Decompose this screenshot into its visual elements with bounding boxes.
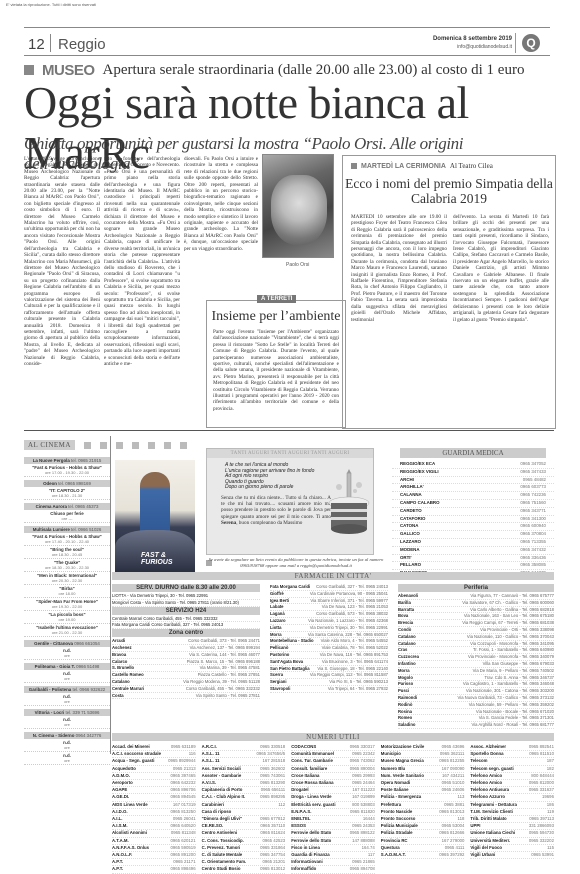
film-times: ore: [24, 676, 110, 683]
pharmacy-address: Viale Calabria, 78 - Tel. 0965 52022: [322, 645, 388, 651]
service-name: A.D.M.O.: [112, 773, 130, 779]
numero-row: Telefono Azzurro19696: [470, 794, 554, 801]
service-phone: 0965 347754: [260, 852, 285, 858]
service-phone: 113: [458, 794, 465, 800]
pharmacy-name: Mogolo: [398, 675, 413, 681]
pharmacy-address: Via Provinciale - Mosorrofa - Tel. 0965 …: [468, 654, 554, 660]
service-phone: 0965 43696: [442, 744, 465, 750]
numero-row: A.I.D.O.0965 813250: [112, 809, 196, 816]
service-name: Acqua - Segn. guasti: [112, 758, 155, 764]
service-phone: 0965 811510: [529, 751, 554, 757]
numero-row: Pronto Nascide0965 813013: [381, 809, 465, 816]
location-name: ORTI': [400, 555, 412, 562]
theater-phone: 0966 661054: [74, 641, 100, 646]
service-phone: 0965 397113: [529, 816, 554, 822]
service-phone: 800 538803: [352, 802, 375, 808]
service-name: Informaffido: [291, 866, 316, 872]
service-name: A.I.D.O.: [112, 809, 128, 815]
pharmacy-name: Aschenez: [112, 645, 132, 651]
location-name: ARCHI: [400, 477, 414, 484]
guardia-row: CATONA0965 600940: [392, 523, 554, 531]
service-name: A.S.L. 11: [202, 758, 220, 764]
service-name: Croce Rossa Italiana: [291, 780, 333, 786]
service-phone: 0965 53004: [442, 823, 465, 829]
location-name: CAMPO CALABRO: [400, 500, 440, 507]
service-phone: 0965 42523: [262, 838, 285, 844]
numero-row: Comunità Emmanuel0965 22342: [291, 751, 375, 758]
pharmacy-name: Cuzzocrea: [398, 654, 419, 660]
service-phone: 0965 813013: [439, 809, 464, 815]
service-phone: 0965 362602: [260, 766, 285, 772]
guardia-row: PELLARO0965 358085: [392, 562, 554, 570]
service-name: Numero Blu: [381, 766, 405, 772]
phone-number: 0965 48482: [523, 477, 546, 484]
pharmacy-row: Centrale MarrariCorso Garibaldi, 455 - T…: [112, 686, 260, 693]
kicker-tag: MUSEO: [42, 62, 95, 79]
numero-row: A.GE.DI.0965 894545: [112, 794, 196, 801]
pharmacy-name: Catalano: [398, 641, 416, 647]
phone-number: 0965 358085: [520, 562, 546, 569]
numero-row: AGAPE0965 896706: [112, 787, 196, 794]
theater-header: Politeama - Gioia T. 0966 51498: [24, 663, 110, 670]
theater-header: Multisala Lumiere tel. 0966 51026: [24, 526, 110, 533]
pharmacy-address: Via Arghillà Nord - Rosalì - Tel. 0965 6…: [472, 722, 554, 728]
service-phone: 0965 813250: [171, 809, 196, 815]
pharmacy-address: Via Tripepi, 64 - Tel. 0965 27932: [328, 686, 388, 692]
pharmacy-row: Fata Morgana CaridiCorso Garibaldi, 327 …: [270, 584, 388, 591]
film-strip-icon: [148, 442, 155, 449]
service-phone: 0965 347656/5: [257, 751, 286, 757]
theater-name: Vittoria - Locri: [35, 710, 66, 715]
periferia-title: Periferia: [398, 584, 554, 592]
location-name: REGGIO/EX ECA: [400, 461, 435, 468]
terreti-body: Parte oggi l'evento "Insieme per l'Ambie…: [213, 329, 339, 412]
service-phone: 0965 331864: [260, 845, 285, 851]
pharmacy-address: Via De Maria, 9 - Pellaro - Tel. 0965 74…: [473, 668, 554, 674]
service-name: Ferrovie dello Stato: [291, 830, 331, 836]
pharmacy-address: Via Nazionale, 163 - San Leo - Tel. 0965…: [464, 613, 554, 619]
service-name: C.A.I. - Club Alpino It.: [202, 794, 246, 800]
guardia-medica: GUARDIA MEDICA REGGIO/EX ECA0965 347052R…: [392, 448, 554, 578]
pharmacy-name: Morra: [270, 632, 282, 638]
pharmacy-address: Piazza S. Marco, 15 - Tel. 0965 896188: [187, 659, 260, 665]
numero-row: CODACONS0965 330317: [291, 744, 375, 751]
numero-row: Cons. Tur. Gambarie0965 743062: [291, 758, 375, 765]
service-name: Opera Nomadi: [381, 780, 410, 786]
recipient-name: Serena: [221, 520, 236, 526]
service-name: Telegrammi - Dettatura: [470, 802, 516, 808]
pharmacy-row: PellicanòViale Calabria, 78 - Tel. 0965 …: [270, 645, 388, 652]
theater-phone: tel. 0965 45373: [68, 504, 98, 509]
service-phone: 0965 21865: [352, 859, 375, 865]
service-name: ENELTEL: [291, 816, 310, 822]
kicker-square-icon: [24, 65, 34, 75]
pharmacy-row: BarrattaVia Carlo Alberto - Gallina - Te…: [398, 607, 554, 614]
numero-row: C. Prevenz. Tumori0965 331864: [202, 845, 286, 852]
service-phone: 16444: [363, 816, 375, 822]
pharmacy-row: ArcudiCorso Garibaldi, 373 - Tel. 0965 2…: [112, 638, 260, 645]
numero-row: Fisco in Linea164.74: [291, 845, 375, 852]
numero-row: ESSOS0965 24353: [291, 823, 375, 830]
service-phone: 182: [547, 766, 554, 772]
pharmacy-name: Rodinò: [398, 702, 412, 708]
service-name: Elettricità serv. guasti: [291, 802, 335, 808]
pharmacy-row: Castello RomeoPiazza Castello - Tel. 096…: [112, 672, 260, 679]
pharmacy-address: Corso Garibaldi, 327 - Tel. 0965 24013: [316, 584, 388, 590]
pharmacy-row: GioffrèVia Cardinale Portanova, 90 - 096…: [270, 591, 388, 598]
phone-number: 0965 336436: [520, 555, 546, 562]
film-times: ore 21.00 - 22.30: [24, 630, 110, 637]
service-phone: 0965 677812: [260, 816, 285, 822]
auguri-message: Senza che tu mi dica niente... Tutto si …: [221, 495, 331, 526]
premio-column-1: MARTEDÌ 10 settembre alle ore 19.00 il p…: [351, 214, 447, 424]
movie-poster: FAST & FURIOUS: [115, 460, 195, 572]
pharmacy-address: Viale Aldo Moro, 4 - Tel. 0965 54552: [321, 638, 388, 644]
theater-name: Cinema Aurora: [36, 504, 69, 509]
numero-row: Carabinieri112: [202, 802, 286, 809]
guardia-medica-title: GUARDIA MEDICA: [400, 448, 546, 458]
theater-header: La Nuove Pergola tel. 0965 21915: [24, 457, 110, 464]
location-name: LAZZARO: [400, 539, 421, 546]
service-phone: 167 279000: [442, 838, 465, 844]
service-phone: 164.74: [362, 845, 375, 851]
numero-row: Drogatel167 011223: [291, 787, 375, 794]
service-name: Telefono Amico: [470, 780, 502, 786]
film-strip-icon: [116, 442, 123, 449]
service-phone: 800 848444: [531, 773, 554, 779]
service-phone: 19696: [542, 794, 554, 800]
pharmacy-row: AbenavoliVia Figurra, 77 - Cannavò - Tel…: [398, 593, 554, 600]
service-name: Alcolisti Anonimi: [112, 830, 147, 836]
service-phone: 0965 4111: [445, 845, 465, 851]
theater-name: Odeon: [43, 481, 58, 486]
pharmacy-name: Romeo: [398, 715, 412, 721]
service-phone: 0965 898122: [350, 830, 375, 836]
service-name: Assoc. Alzheimer: [470, 744, 506, 750]
service-name: Acquedotto: [112, 766, 136, 772]
service-phone: 0965 656111: [261, 787, 285, 793]
service-name: Capitaneria di Porto: [202, 787, 243, 793]
film-times: ore 20.30 - 22.30: [24, 578, 110, 585]
film-times: ore: [24, 653, 110, 660]
service-name: Telecom segn. guasti: [470, 766, 513, 772]
pharmacy-name: Raimondi: [398, 695, 417, 701]
page-number: 12: [28, 36, 45, 53]
pharmacy-row: RodinòVia Nazionale, 59 - Pellaro - Tel.…: [398, 702, 554, 709]
guardia-row: CARDETO0965 343771: [392, 508, 554, 516]
phone-number: 0965 343771: [520, 508, 546, 515]
service-phone: 167 090090: [442, 766, 465, 772]
numero-row: Capitaneria di Porto0965 656111: [202, 787, 286, 794]
theater-phone: tel. 339 71 53696: [65, 710, 99, 715]
service-name: Carabinieri: [202, 802, 224, 808]
cinema-listings: La Nuove Pergola tel. 0965 21915"Fast & …: [24, 454, 110, 765]
numero-row: Croce Italiana0965 29993: [291, 773, 375, 780]
service-name: C. Cons. Tossicodip.: [202, 838, 244, 844]
service-name: A.P.T.: [112, 859, 123, 865]
pharmacy-row: San Pietro BattagliaVia S. Giuseppe, 18 …: [270, 666, 388, 673]
numero-row: Pronto Soccorso118: [381, 816, 465, 823]
service-name: C. di Salute Mentale: [202, 852, 243, 858]
numero-row: A.N.O.L.F.0965 891200: [112, 852, 196, 859]
pharmacy-address: Corso Garibaldi, 455 - Tel. 0965 332332: [186, 686, 260, 692]
pharmacy-address: Via Cozzupoli - Mosorrofa - Tel. 0965 34…: [470, 641, 554, 647]
service-name: E.N.P.A.S.: [291, 809, 311, 815]
pharmacy-name: Bova: [398, 613, 408, 619]
pharmacy-name: Condò: [398, 627, 411, 633]
numero-row: Elettricità serv. guasti800 538803: [291, 802, 375, 809]
auguri-poem: A te che sei l'unica al mondo L'unica ra…: [225, 463, 314, 491]
service-phone: 0965 362111: [440, 751, 464, 757]
numeri-column: Accad. dei Minerei0965 631189A.C.I. socc…: [112, 744, 196, 874]
numero-row: E.N.P.A.S.0965 811820: [291, 809, 375, 816]
phone-number: 0965 742236: [520, 492, 546, 499]
service-phone: 0965 8929944: [168, 758, 195, 764]
article-column-1: L'estate 2019 volge alla conclusione con…: [24, 156, 100, 426]
numero-row: A.I.L.0965 26041: [112, 816, 196, 823]
service-name: InformaGiovani: [291, 859, 323, 865]
service-name: C. Orientamento Fam.: [202, 859, 247, 865]
numeri-utili-section: NUMERI UTILI Accad. dei Minerei0965 6311…: [112, 733, 554, 874]
farmacie-title: FARMACIE IN CITTA': [112, 572, 554, 580]
numero-row: Prefettura0965 3881: [381, 802, 465, 809]
service-phone: 0965 397465: [171, 773, 196, 779]
service-phone: 0965 357110: [260, 823, 285, 829]
contact-email[interactable]: info@quotidianodelsud.it: [457, 44, 512, 50]
service-name: Casa di riposo: [202, 809, 232, 815]
service-phone: 116: [189, 751, 196, 757]
service-phone: 0965 26041: [173, 816, 196, 822]
pharmacy-row: BravoaVia S. Caterina, 144 - Tel. 0965 4…: [112, 652, 260, 659]
numero-row: Centro Studi Bosio0965 813012: [202, 866, 286, 873]
numero-row: Municipio0965 362111: [381, 751, 465, 758]
service-phone: 167 011223: [352, 787, 374, 793]
copyright-notice: E' vietata la riproduzione. Tutti i diri…: [6, 2, 96, 7]
pharmacy-address: Via Sbarre Inferiori, 371 - Tel. 0965 59…: [310, 598, 388, 604]
numero-row: A.S.L. 110965 347656/5: [202, 751, 286, 758]
service-phone: 0965 332202: [529, 838, 554, 844]
numero-row: Polizia Stradale0965 812666: [381, 830, 465, 837]
service-phone: 0965 812255: [439, 758, 464, 764]
pharmacy-row: RosinaVia Nazionale - Bocale - Tel. 0965…: [398, 709, 554, 716]
service-name: C. Prevenz. Tumori: [202, 845, 241, 851]
service-phone: 0965 811624: [260, 830, 285, 836]
phone-number: 0965 713355: [520, 539, 546, 546]
zona-centro-title: Zona centro: [112, 629, 260, 637]
pharmacy-row: CatalanoVia Reggio Modena, 39 - Tel. 096…: [112, 679, 260, 686]
pharmacy-row: MorraVia De Maria, 9 - Pellaro - Tel. 09…: [398, 668, 554, 675]
numero-row: A.D.M.O.0965 397465: [112, 773, 196, 780]
guardia-row: GALLICO0965 370804: [392, 531, 554, 539]
column-divider: [110, 436, 111, 754]
pharmacy-row: BarillaVia Salvatore, 67 Ch. - Gallico -…: [398, 600, 554, 607]
numeri-utili-columns: Accad. dei Minerei0965 631189A.C.I. socc…: [112, 744, 554, 874]
premio-headline: Ecco i nomi del premio Simpatia della Ca…: [343, 176, 555, 206]
film-times: ore: [24, 722, 110, 729]
pharmacy-address: Via Nazionale, 1 Lazzaro - Tel. 0965 423…: [308, 618, 388, 624]
service-name: CODACONS: [291, 744, 316, 750]
pharmacy-address: Piazza Castello - Tel. 0965 27851: [198, 672, 260, 678]
birthday-cake-icon: [327, 469, 371, 539]
numero-row: Ferrovie dello Stato0965 898122: [291, 830, 375, 837]
numero-row: Acquedotto0965 21313: [112, 766, 196, 773]
service-phone: 0965 813290: [260, 780, 285, 786]
numero-row: Telefono Amico0965 812000: [470, 780, 554, 787]
numero-row: Aeroporto0965 642232: [112, 780, 196, 787]
pharmacy-address: Trav. Cdo S. Anna - Tel. 0965 346737: [484, 675, 554, 681]
service-name: A.GE.DI.: [112, 794, 129, 800]
service-name: Centro Studi Bosio: [202, 866, 241, 872]
page-separator: [50, 34, 51, 52]
guardia-row: LAZZARO0965 713355: [392, 539, 554, 547]
service-phone: 0965 896706: [171, 787, 196, 793]
pharmacy-row: CalarcoPiazza S. Marco, 15 - Tel. 0965 8…: [112, 659, 260, 666]
numero-row: Questura0965 4111: [381, 845, 465, 852]
pharmacy-name: S. Brunello: [112, 665, 134, 671]
pharmacy-name: Fata Morgana Caridi: [270, 584, 310, 590]
kicker-square-icon: [351, 163, 357, 169]
paolo-orsi-photo: [262, 154, 334, 258]
pharmacy-address: Via S. Giuseppe, 18 - Tel. 0965 22140: [317, 666, 388, 672]
service-name: CE.RE.SO.: [202, 823, 224, 829]
farmacie-col-1: SERV. DIURNO dalle 8.30 alle 20.00LIOTTA…: [112, 584, 260, 699]
pharmacy-address: Via Spirito Santo - Tel. 0965 27811: [196, 693, 260, 699]
guardia-row: MODENA0965 347432: [392, 547, 554, 555]
service-phone: 0965 620121: [171, 838, 196, 844]
phone-number: 0965 751560: [520, 500, 546, 507]
numero-row: Consult. familiare0965 890004: [291, 766, 375, 773]
service-phone: 0965 51010: [442, 780, 465, 786]
service-phone: 117: [368, 852, 375, 858]
numero-row: A.S.L. 11167 281518: [202, 758, 286, 765]
terreti-box: A TERRETI Insieme per l’ambiente Parte o…: [206, 300, 346, 428]
pharmacy-row: BresciaVia Reggio Campi, 67 - Terreti - …: [398, 620, 554, 627]
pharmacy-name: Parisso: [398, 681, 413, 687]
service-phone: 118: [458, 816, 465, 822]
phone-number: 0965 347433: [520, 469, 546, 476]
pharmacy-name: Catalano: [112, 679, 130, 685]
service-phone: 0965 811820: [350, 809, 375, 815]
guardia-row: ARGHILLA'0965 603773: [392, 484, 554, 492]
service-name: AGAPE: [112, 787, 127, 793]
pharmacy-row: ScerraVia Reggio Campi, 112 - Tel. 0965 …: [270, 672, 388, 679]
theater-name: Politeama - Gioia T.: [35, 664, 76, 669]
service-name: Pronto Soccorso: [381, 816, 416, 822]
guardia-row: REGGIO/EX VIGILI0965 347433: [392, 469, 554, 477]
theater-phone: tel. 0966 51026: [71, 527, 101, 532]
pharmacy-name: Barratta: [398, 607, 414, 613]
pharmacy-name: Catalano: [398, 634, 416, 640]
guardia-row: ARCHI0965 48482: [392, 477, 554, 485]
service-name: A.S.L. 11: [202, 751, 220, 757]
theater-header: Gentile - Cittanova 0966 661054: [24, 640, 110, 647]
service-name: AIDS Linea Verde: [112, 802, 148, 808]
pharmacy-name: Sant'Agata Bova: [270, 659, 303, 665]
service-phone: 0965 811348: [171, 830, 196, 836]
service-name: Drogatel: [291, 787, 308, 793]
numeri-column: Motorizzazione Civile0965 43696Municipio…: [381, 744, 465, 874]
numero-row: Ferrovie dello Stato147 888088: [291, 838, 375, 845]
service-phone: 0965 894545: [171, 794, 196, 800]
numero-row: A.R.C.I.0965 330518: [202, 744, 286, 751]
service-phone: 0965 890004: [350, 766, 375, 772]
pharmacy-name: Stavropoli: [270, 686, 290, 692]
location-name: MODENA: [400, 547, 420, 554]
guardia-row: CAMPO CALABRO0965 751560: [392, 500, 554, 508]
pharmacy-row: LaganàCorso Garibaldi, 573 - Tel. 0965 3…: [270, 611, 388, 618]
service-name: Provincia RC: [381, 838, 408, 844]
service-name: A.C.I. soccorso stradale: [112, 751, 161, 757]
pharmacy-address: Tr. Fossi, 1 - Sambatello - Tel. 0965 64…: [473, 647, 554, 653]
numero-row: Provincia RC167 279000: [381, 838, 465, 845]
numero-row: Poste Italiane0965 24606: [381, 787, 465, 794]
section-rule: [24, 430, 554, 431]
theater-name: Multisala Lumiere: [33, 527, 71, 532]
phone-number: 0965 603773: [520, 484, 546, 491]
service-phone: 331 2866093: [529, 823, 554, 829]
pharmacy-name: Costa: [112, 693, 124, 699]
pharmacy-address: Via Bruxinone, 3 - Tel. 0965 641174: [322, 659, 388, 665]
pharmacy-row: LazzaroVia Nazionale, 1 Lazzaro - Tel. 0…: [270, 618, 388, 625]
numero-row: Numero Blu167 090090: [381, 766, 465, 773]
servizio-diurno-line: LIOTTA - Via Demetrio Tripepi, 30 - Tel.…: [112, 593, 260, 600]
service-phone: 0965 812000: [529, 780, 554, 786]
pharmacy-row: PusciVia Nazionale, 301 - Catona - Tel. …: [398, 688, 554, 695]
pharmacy-row: CostaVia Spirito Santo - Tel. 0965 27811: [112, 693, 260, 700]
numero-row: C. di Salute Mentale0965 347754: [202, 852, 286, 859]
numero-row: A.V.I.S.0965 813290: [202, 780, 286, 787]
pharmacy-address: Via Reggio Campi, 112 - Tel. 0965 811587: [310, 672, 388, 678]
service-name: Telefono Amico: [470, 773, 502, 779]
service-phone: 0965 891200: [171, 852, 196, 858]
film-times: ore 17.40 - 20.10 - 22.40: [24, 539, 110, 546]
pharmacy-row: CrasTr. Fossi, 1 - Sambatello - Tel. 096…: [398, 647, 554, 654]
location-name: GALLICO: [400, 531, 420, 538]
newspaper-logo-icon: Q: [522, 34, 540, 52]
pharmacy-row: RaimondiVia Nuova Garibaldi, 73 - Gallic…: [398, 695, 554, 702]
theater-header: Garibaldi - Polistena tel. 0966 932622: [24, 686, 110, 693]
numero-row: ENELTEL16444: [291, 816, 375, 823]
pharmacy-row: Igea BertiVia Sbarre Inferiori, 371 - Te…: [270, 598, 388, 605]
pharmacy-row: SergianiVia Pio XI, 5 - Tel. 0965 590213: [270, 679, 388, 686]
service-name: Polizia - Emergenza: [381, 794, 421, 800]
numeri-column: Assoc. Alzheimer0965 892541Sportello Don…: [470, 744, 554, 874]
numero-row: Sportello Donna0965 811510: [470, 751, 554, 758]
service-name: Poste Italiane: [381, 787, 409, 793]
service-name: Università Mediterr.: [470, 838, 510, 844]
pharmacy-address: Via Nazionale, 59 - Pellaro - Tel. 0965 …: [469, 702, 554, 708]
film-times: ore 18.00: [24, 591, 110, 598]
service-name: Droga - Linea Verde: [291, 794, 331, 800]
service-phone: 0965 24464: [352, 780, 375, 786]
auguri-box: TANTI AUGURI TANTI AUGURI TANTI AUGURI A…: [206, 448, 374, 555]
pharmacy-name: Pellicanò: [270, 645, 288, 651]
service-name: Assoter - Gambarie: [202, 773, 242, 779]
service-name: Ferrovie dello Stato: [291, 838, 331, 844]
pharmacy-name: Labate: [270, 604, 284, 610]
numero-row: Acqua - Segn. guasti0965 8929944: [112, 758, 196, 765]
service-name: Fisco in Linea: [291, 845, 320, 851]
numero-row: AIDS Linea Verde167 017319: [112, 802, 196, 809]
theater-phone: tel. 0965 898169: [58, 481, 91, 486]
theater-phone: tel. 0965 21915: [71, 458, 101, 463]
numeri-utili-title: NUMERI UTILI: [112, 733, 554, 741]
service-phone: 167 017319: [173, 802, 196, 808]
service-name: Vigili Urbani: [470, 852, 495, 858]
phone-number: 0965 347052: [520, 461, 546, 468]
service-name: Sportello Donna: [470, 751, 503, 757]
pharmacy-name: Rosina: [398, 709, 412, 715]
